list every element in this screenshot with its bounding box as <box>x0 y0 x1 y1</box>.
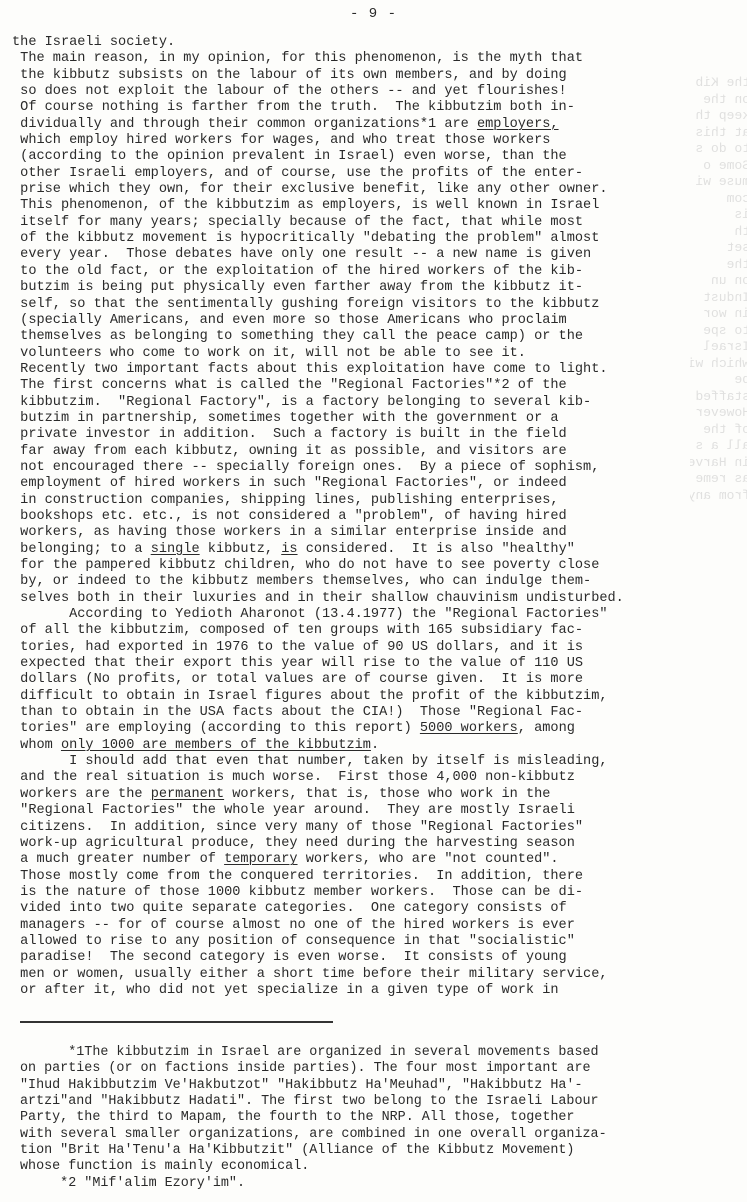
body-line: difficult to obtain in Israel figures ab… <box>12 689 747 705</box>
body-line: so does not exploit the labour of the ot… <box>12 84 747 100</box>
body-line: work-up agricultural produce, they need … <box>12 836 747 852</box>
body-line: According to Yedioth Aharonot (13.4.1977… <box>12 607 747 623</box>
body-line: and the real situation is much worse. Fi… <box>12 770 747 786</box>
footnote-separator <box>20 1021 333 1023</box>
footnote-line: tion "Brit Ha'Tenu'a Ha'Kibbutzit" (Alli… <box>20 1143 747 1159</box>
text-run: expected that their export this year wil… <box>12 656 583 671</box>
body-line: to the old fact, or the exploitation of … <box>12 264 747 280</box>
underlined-text: only 1000 are members of the kibbutzim <box>61 738 371 753</box>
text-run: citizens. In addition, since very many o… <box>12 820 583 835</box>
body-line: bookshops etc. etc., is not considered a… <box>12 509 747 525</box>
body-line: a much greater number of temporary worke… <box>12 852 747 868</box>
body-line: (specially Americans, and even more so t… <box>12 313 747 329</box>
footnote-line: *2 "Mif'alim Ezory'im". <box>20 1176 747 1192</box>
text-run: paradise! The second category is even wo… <box>12 950 567 965</box>
text-run: (specially Americans, and even more so t… <box>12 313 567 328</box>
body-line: itself for many years; specially because… <box>12 215 747 231</box>
document-page: the Kib on the keep th at this to do s S… <box>0 0 747 1202</box>
body-line: the Israeli society. <box>12 35 747 51</box>
body-line: paradise! The second category is even wo… <box>12 950 747 966</box>
body-line: dollars (No profits, or total values are… <box>12 672 747 688</box>
text-run: whom <box>12 738 61 753</box>
text-run: According to Yedioth Aharonot (13.4.1977… <box>12 607 608 622</box>
page-number: - 9 - <box>0 6 747 22</box>
body-line: dividually and through their common orga… <box>12 117 747 133</box>
body-line: in construction companies, shipping line… <box>12 493 747 509</box>
body-line: selves both in their luxuries and in the… <box>12 591 747 607</box>
text-run: men or women, usually either a short tim… <box>12 967 608 982</box>
footnotes: *1The kibbutzim in Israel are organized … <box>20 1045 747 1192</box>
text-run: dividually and through their common orga… <box>12 117 477 132</box>
text-run: kibbutz, <box>200 542 282 557</box>
footnote-line: on parties (or on factions inside partie… <box>20 1061 747 1077</box>
text-run: "Regional Factories" the whole year arou… <box>12 803 575 818</box>
body-line: by, or indeed to the kibbutz members the… <box>12 574 747 590</box>
text-run: which employ hired workers for wages, an… <box>12 133 550 148</box>
text-run: so does not exploit the labour of the ot… <box>12 84 567 99</box>
body-line: tories, had exported in 1976 to the valu… <box>12 640 747 656</box>
text-run: is the nature of those 1000 kibbutz memb… <box>12 885 583 900</box>
text-run: The main reason, in my opinion, for this… <box>12 51 583 66</box>
body-line: The first concerns what is called the "R… <box>12 378 747 394</box>
body-line: expected that their export this year wil… <box>12 656 747 672</box>
text-run: kibbutzim. "Regional Factory", is a fact… <box>12 395 591 410</box>
text-run: managers -- for of course almost no one … <box>12 918 575 933</box>
body-line: managers -- for of course almost no one … <box>12 918 747 934</box>
body-line: I should add that even that number, take… <box>12 754 747 770</box>
body-line: kibbutzim. "Regional Factory", is a fact… <box>12 395 747 411</box>
text-run: by, or indeed to the kibbutz members the… <box>12 574 591 589</box>
body-line: themselves as belonging to something the… <box>12 329 747 345</box>
text-run: of the kibbutz movement is hypocriticall… <box>12 231 599 246</box>
body-line: butzim in partnership, sometimes togethe… <box>12 411 747 427</box>
text-run: themselves as belonging to something the… <box>12 329 583 344</box>
text-run: to the old fact, or the exploitation of … <box>12 264 583 279</box>
text-run: or after it, who did not yet specialize … <box>12 983 559 998</box>
body-line: other Israeli employers, and of course, … <box>12 166 747 182</box>
text-run: the Israeli society. <box>12 35 175 50</box>
text-run: workers are the <box>12 787 151 802</box>
text-run: workers, who are "not counted". <box>298 852 559 867</box>
body-text: the Israeli society. The main reason, in… <box>12 35 747 999</box>
body-line: vided into two quite separate categories… <box>12 901 747 917</box>
body-line: of the kibbutz movement is hypocriticall… <box>12 231 747 247</box>
text-run: and the real situation is much worse. Fi… <box>12 770 575 785</box>
text-run: workers, as having those workers in a si… <box>12 525 567 540</box>
text-run: far away from each kibbutz, owning it as… <box>12 444 567 459</box>
text-run: Recently two important facts about this … <box>12 362 608 377</box>
text-run: private investor in addition. Such a fac… <box>12 427 567 442</box>
text-run: bookshops etc. etc., is not considered a… <box>12 509 567 524</box>
text-run: . <box>371 738 379 753</box>
body-line: far away from each kibbutz, owning it as… <box>12 444 747 460</box>
text-run: self, so that the sentimentally gushing … <box>12 297 599 312</box>
text-run: (according to the opinion prevalent in I… <box>12 149 567 164</box>
text-run: selves both in their luxuries and in the… <box>12 591 624 606</box>
footnote-line: *1The kibbutzim in Israel are organized … <box>20 1045 747 1061</box>
body-line: men or women, usually either a short tim… <box>12 967 747 983</box>
text-run: in construction companies, shipping line… <box>12 493 559 508</box>
text-run: tories" are employing (according to this… <box>12 721 420 736</box>
body-line: or after it, who did not yet specialize … <box>12 983 747 999</box>
text-run: vided into two quite separate categories… <box>12 901 567 916</box>
body-line: Recently two important facts about this … <box>12 362 747 378</box>
body-line: butzim is being put physically even fart… <box>12 280 747 296</box>
body-line: allowed to rise to any position of conse… <box>12 934 747 950</box>
text-run: itself for many years; specially because… <box>12 215 583 230</box>
body-line: Of course nothing is farther from the tr… <box>12 100 747 116</box>
body-line: the kibbutz subsists on the labour of it… <box>12 68 747 84</box>
text-run: employment of hired workers in such "Reg… <box>12 476 567 491</box>
text-run: for the pampered kibbutz children, who d… <box>12 558 599 573</box>
text-run: dollars (No profits, or total values are… <box>12 672 583 687</box>
underlined-text: 5000 workers <box>420 721 518 736</box>
body-line: self, so that the sentimentally gushing … <box>12 297 747 313</box>
footnote-line: Party, the third to Mapam, the fourth to… <box>20 1110 747 1126</box>
body-line: than to obtain in the USA facts about th… <box>12 705 747 721</box>
body-line: volunteers who come to work on it, will … <box>12 346 747 362</box>
underlined-text: permanent <box>151 787 224 802</box>
text-run: a much greater number of <box>12 852 224 867</box>
body-line: This phenomenon, of the kibbutzim as emp… <box>12 198 747 214</box>
text-run: every year. Those debates have only one … <box>12 247 591 262</box>
body-line: for the pampered kibbutz children, who d… <box>12 558 747 574</box>
underlined-text: is <box>281 542 297 557</box>
text-run: Those mostly come from the conquered ter… <box>12 869 583 884</box>
text-run: , among <box>518 721 575 736</box>
text-run: butzim is being put physically even fart… <box>12 280 583 295</box>
footnote-line: artzi"and "Hakibbutz Hadati". The first … <box>20 1094 747 1110</box>
text-run: I should add that even that number, take… <box>12 754 608 769</box>
body-line: every year. Those debates have only one … <box>12 247 747 263</box>
body-line: of all the kibbutzim, composed of ten gr… <box>12 623 747 639</box>
underlined-text: single <box>151 542 200 557</box>
text-run: The first concerns what is called the "R… <box>12 378 567 393</box>
body-line: "Regional Factories" the whole year arou… <box>12 803 747 819</box>
body-line: private investor in addition. Such a fac… <box>12 427 747 443</box>
text-run: other Israeli employers, and of course, … <box>12 166 583 181</box>
text-run: than to obtain in the USA facts about th… <box>12 705 583 720</box>
text-run: belonging; to a <box>12 542 151 557</box>
text-run: prise which they own, for their exclusiv… <box>12 182 608 197</box>
body-line: tories" are employing (according to this… <box>12 721 747 737</box>
body-line: employment of hired workers in such "Reg… <box>12 476 747 492</box>
text-run: of all the kibbutzim, composed of ten gr… <box>12 623 583 638</box>
underlined-text: employers, <box>477 117 559 132</box>
body-line: (according to the opinion prevalent in I… <box>12 149 747 165</box>
text-run: workers, that is, those who work in the <box>224 787 550 802</box>
body-line: workers are the permanent workers, that … <box>12 787 747 803</box>
text-run: work-up agricultural produce, they need … <box>12 836 575 851</box>
text-run: not encouraged there -- specially foreig… <box>12 460 599 475</box>
text-run: Of course nothing is farther from the tr… <box>12 100 575 115</box>
text-run: difficult to obtain in Israel figures ab… <box>12 689 608 704</box>
footnote-line: "Ihud Hakibbutzim Ve'Hakbutzot" "Hakibbu… <box>20 1078 747 1094</box>
body-line: which employ hired workers for wages, an… <box>12 133 747 149</box>
text-run: butzim in partnership, sometimes togethe… <box>12 411 559 426</box>
body-line: citizens. In addition, since very many o… <box>12 820 747 836</box>
text-run: the kibbutz subsists on the labour of it… <box>12 68 567 83</box>
text-run: considered. It is also "healthy" <box>298 542 575 557</box>
underlined-text: temporary <box>224 852 297 867</box>
text-run: tories, had exported in 1976 to the valu… <box>12 640 583 655</box>
footnote-line: with several smaller organizations, are … <box>20 1127 747 1143</box>
footnote-line: whose function is mainly economical. <box>20 1159 747 1175</box>
body-line: whom only 1000 are members of the kibbut… <box>12 738 747 754</box>
body-line: belonging; to a single kibbutz, is consi… <box>12 542 747 558</box>
body-line: prise which they own, for their exclusiv… <box>12 182 747 198</box>
text-run: allowed to rise to any position of conse… <box>12 934 575 949</box>
text-run: volunteers who come to work on it, will … <box>12 346 526 361</box>
body-line: The main reason, in my opinion, for this… <box>12 51 747 67</box>
body-line: Those mostly come from the conquered ter… <box>12 869 747 885</box>
body-line: not encouraged there -- specially foreig… <box>12 460 747 476</box>
text-run: This phenomenon, of the kibbutzim as emp… <box>12 198 599 213</box>
body-line: workers, as having those workers in a si… <box>12 525 747 541</box>
body-line: is the nature of those 1000 kibbutz memb… <box>12 885 747 901</box>
